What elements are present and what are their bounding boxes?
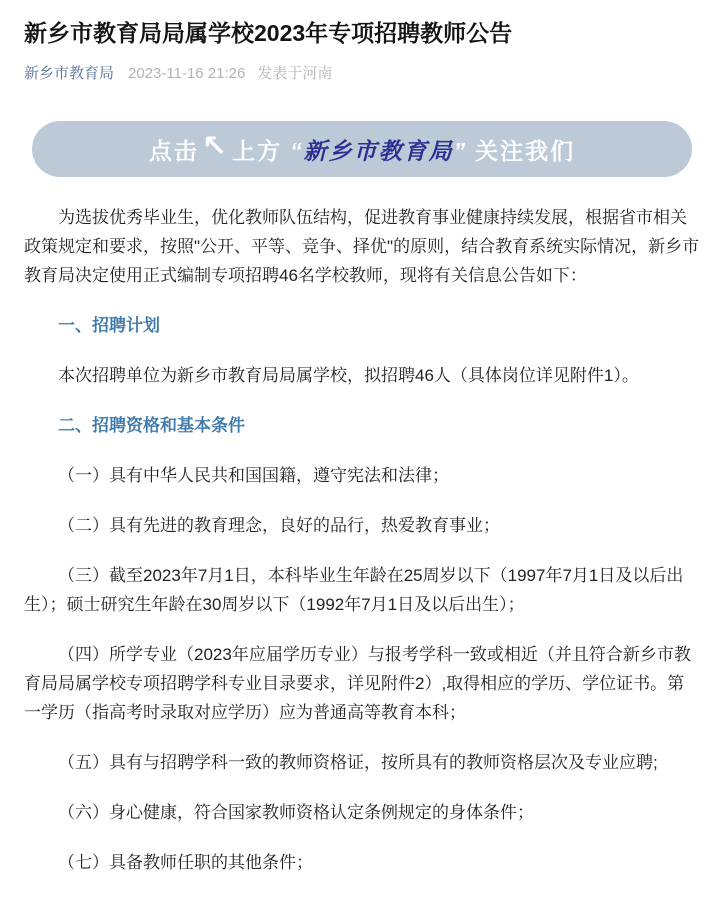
condition-item-7: （七）具备教师任职的其他条件； <box>24 848 700 877</box>
condition-item-1: （一）具有中华人民共和国国籍，遵守宪法和法律； <box>24 461 700 490</box>
banner-follow-text: 关注我们 <box>475 133 575 166</box>
close-quote: ” <box>454 138 468 164</box>
publish-datetime: 2023-11-16 21:26 <box>128 64 245 84</box>
paragraph-recruit-plan: 本次招聘单位为新乡市教育局局属学校，拟招聘46人（具体岗位详见附件1）。 <box>24 361 700 390</box>
condition-item-6: （六）身心健康，符合国家教师资格认定条例规定的身体条件； <box>24 798 700 827</box>
section-heading-1: 一、招聘计划 <box>24 311 700 340</box>
article-body: 为选拔优秀毕业生，优化教师队伍结构，促进教育事业健康持续发展，根据省市相关政策规… <box>24 203 700 877</box>
northwest-arrow-icon: ↖ <box>202 132 229 162</box>
banner-quoted-account: “新乡市教育局” <box>290 133 467 166</box>
section-heading-2: 二、招聘资格和基本条件 <box>24 411 700 440</box>
condition-item-5: （五）具有与招聘学科一致的教师资格证，按所具有的教师资格层次及专业应聘; <box>24 748 700 777</box>
condition-item-2: （二）具有先进的教育理念，良好的品行，热爱教育事业； <box>24 511 700 540</box>
condition-item-4: （四）所学专业（2023年应届学历专业）与报考学科一致或相近（并且符合新乡市教育… <box>24 640 700 727</box>
banner-account-name: 新乡市教育局 <box>304 138 454 164</box>
account-name-link[interactable]: 新乡市教育局 <box>24 64 114 84</box>
condition-item-3: （三）截至2023年7月1日，本科毕业生年龄在25周岁以下（1997年7月1日及… <box>24 561 700 619</box>
byline: 新乡市教育局 2023-11-16 21:26 发表于河南 <box>24 64 700 84</box>
open-quote: “ <box>290 138 304 164</box>
article-page: 新乡市教育局局属学校2023年专项招聘教师公告 新乡市教育局 2023-11-1… <box>0 0 724 877</box>
banner-above-text: 上方 <box>232 133 282 166</box>
page-title: 新乡市教育局局属学校2023年专项招聘教师公告 <box>24 18 700 48</box>
paragraph-intro: 为选拔优秀毕业生，优化教师队伍结构，促进教育事业健康持续发展，根据省市相关政策规… <box>24 203 700 290</box>
publish-location: 发表于河南 <box>257 64 332 84</box>
banner-click-text: 点击 <box>149 133 199 166</box>
follow-banner[interactable]: 点击 ↖ 上方 “新乡市教育局” 关注我们 <box>32 121 692 177</box>
